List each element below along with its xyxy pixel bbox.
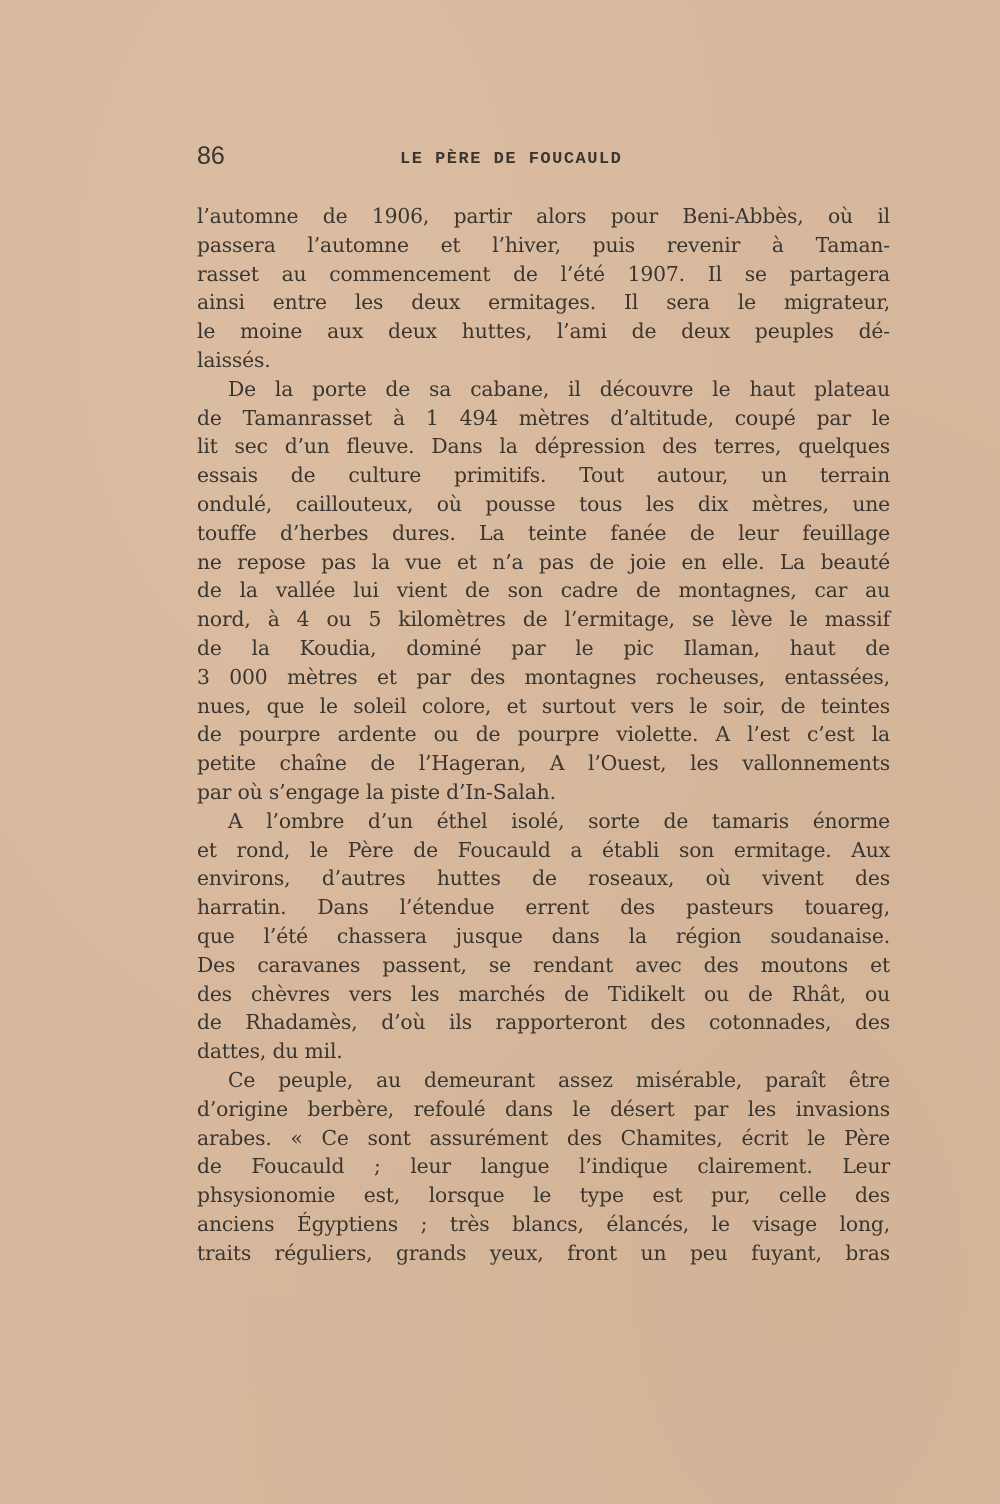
paragraph: A l’ombre d’un éthel isolé, sorte de tam… [197,807,890,1066]
text-line: anciens Égyptiens ; très blancs, élancés… [197,1210,890,1239]
text-line: arabes. « Ce sont assurément des Chamite… [197,1124,890,1153]
text-line: de la Koudia, dominé par le pic Ilaman, … [197,634,890,663]
text-line: ne repose pas la vue et n’a pas de joie … [197,548,890,577]
text-line: 3 000 mètres et par des montagnes rocheu… [197,663,890,692]
text-line: l’automne de 1906, partir alors pour Ben… [197,202,890,231]
text-line: De la porte de sa cabane, il découvre le… [197,375,890,404]
text-line: nues, que le soleil colore, et surtout v… [197,692,890,721]
text-line: A l’ombre d’un éthel isolé, sorte de tam… [197,807,890,836]
text-line: Ce peuple, au demeurant assez misérable,… [197,1066,890,1095]
paragraph: l’automne de 1906, partir alors pour Ben… [197,202,890,375]
text-line: dattes, du mil. [197,1037,890,1066]
page-number: 86 [197,142,225,171]
running-title: LE PÈRE DE FOUCAULD [400,150,622,169]
text-line: nord, à 4 ou 5 kilomètres de l’ermitage,… [197,605,890,634]
text-line: que l’été chassera jusque dans la région… [197,922,890,951]
text-line: de la vallée lui vient de son cadre de m… [197,576,890,605]
text-line: petite chaîne de l’Hageran, A l’Ouest, l… [197,749,890,778]
text-line: laissés. [197,346,890,375]
text-line: de Rhadamès, d’où ils rapporteront des c… [197,1008,890,1037]
text-line: harratin. Dans l’étendue errent des past… [197,893,890,922]
running-head: 86 LE PÈRE DE FOUCAULD [197,138,890,178]
text-line: lit sec d’un fleuve. Dans la dépression … [197,432,890,461]
text-line: rasset au commencement de l’été 1907. Il… [197,260,890,289]
text-line: ondulé, caillouteux, où pousse tous les … [197,490,890,519]
text-line: de Tamanrasset à 1 494 mètres d’altitude… [197,404,890,433]
text-line: essais de culture primitifs. Tout autour… [197,461,890,490]
paragraph: Ce peuple, au demeurant assez misérable,… [197,1066,890,1268]
text-line: le moine aux deux huttes, l’ami de deux … [197,317,890,346]
book-page: 86 LE PÈRE DE FOUCAULD l’automne de 1906… [197,138,890,1267]
text-line: de Foucauld ; leur langue l’indique clai… [197,1152,890,1181]
text-line: environs, d’autres huttes de roseaux, où… [197,864,890,893]
text-line: touffe d’herbes dures. La teinte fanée d… [197,519,890,548]
text-line: passera l’automne et l’hiver, puis reven… [197,231,890,260]
text-line: phsysionomie est, lorsque le type est pu… [197,1181,890,1210]
text-line: d’origine berbère, refoulé dans le déser… [197,1095,890,1124]
text-line: ainsi entre les deux ermitages. Il sera … [197,288,890,317]
text-line: et rond, le Père de Foucauld a établi so… [197,836,890,865]
text-line: de pourpre ardente ou de pourpre violett… [197,720,890,749]
text-line: Des caravanes passent, se rendant avec d… [197,951,890,980]
paragraph: De la porte de sa cabane, il découvre le… [197,375,890,807]
body-text: l’automne de 1906, partir alors pour Ben… [197,202,890,1267]
text-line: des chèvres vers les marchés de Tidikelt… [197,980,890,1009]
text-line: par où s’engage la piste d’In-Salah. [197,778,890,807]
text-line: traits réguliers, grands yeux, front un … [197,1239,890,1268]
